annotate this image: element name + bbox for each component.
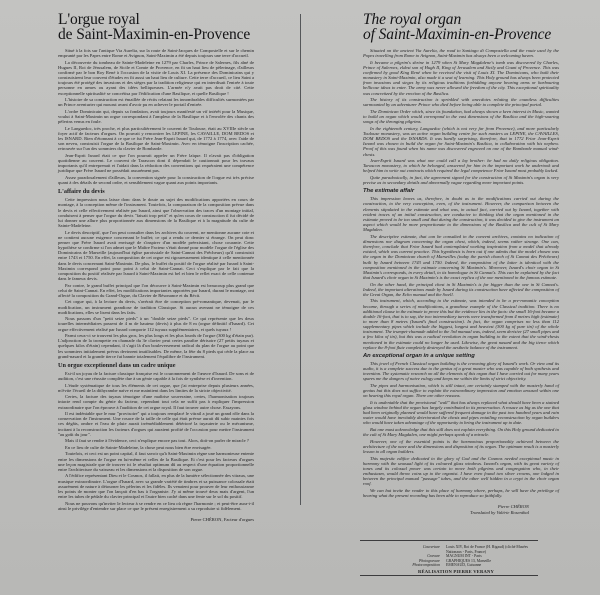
french-title-line2: de Saint-Maximin-en-Provence: [58, 26, 250, 43]
credits-top-rule: [360, 540, 538, 541]
paragraph: L'ordre Dominicain qui, depuis sa fondat…: [58, 109, 254, 124]
production-credits: CouvertureLouis XIV, Roi de France (H. R…: [390, 545, 540, 575]
french-signature: Pierre CHÉRON, Facteur d'orgues: [58, 517, 254, 522]
english-intro: Situated on the ancient Via Aurelia, the…: [363, 48, 559, 185]
english-signature-name: Pierre CHÉRON: [498, 504, 529, 509]
credit-rows: CouvertureLouis XIV, Roi de France (H. R…: [390, 545, 540, 568]
french-title: L'orgue royal de Saint-Maximin-en-Proven…: [58, 12, 254, 42]
english-heading-estimate: The estimate affair: [363, 188, 559, 194]
paragraph: Nous passons d'un "petit seize pieds" à …: [58, 316, 254, 331]
paragraph: L'étude systématique de tous les élément…: [58, 383, 254, 393]
paragraph: The descriptive estimate, that can be co…: [363, 234, 559, 280]
french-heading-orgue: Un orgue exceptionnel dans un cadre uniq…: [58, 362, 254, 369]
paragraph: We can but invite the reader to this pla…: [363, 488, 559, 498]
paragraph: Situé à la fois sur l'antique Via Aureli…: [58, 48, 254, 58]
french-devis-section: Cette impression nous laisse donc dans l…: [58, 197, 254, 359]
paragraph: This impression leaves us, therefore, in…: [363, 196, 559, 232]
english-organ-section: This jewel of French Classical organ bui…: [363, 361, 559, 498]
paragraph: Il est indéniable que le mur "provisoire…: [58, 411, 254, 437]
paragraph: Assez paradoxalement d'ailleurs, la conv…: [58, 175, 254, 185]
paragraph: This jewel of French Classical organ bui…: [363, 361, 559, 382]
credits-bottom-rule: [360, 575, 538, 576]
paragraph: It became a pilgrim's shrine in 1279 whe…: [363, 60, 559, 96]
paragraph: Parmi ceux-ci se trouvent les plus gros,…: [58, 333, 254, 359]
paragraph: It is undeniable that the provisional "w…: [363, 400, 559, 426]
column-divider: [300, 14, 301, 505]
french-column: L'orgue royal de Saint-Maximin-en-Proven…: [58, 12, 254, 522]
paragraph: However, one of the essential points is …: [363, 439, 559, 454]
paragraph: The history of its construction is sprin…: [363, 97, 559, 107]
paragraph: Certes, la facture des tuyaux témoigne d…: [58, 394, 254, 409]
paragraph: L'histoire de sa construction est émaill…: [58, 97, 254, 107]
liner-notes-page: L'orgue royal de Saint-Maximin-en-Proven…: [0, 0, 600, 595]
paragraph: La découverte du tombeau de Sainte-Madel…: [58, 60, 254, 96]
paragraph: Nous ne pouvons qu'inviter le lecteur à …: [58, 501, 254, 511]
paragraph: Cet orgue qui, à la lecture du devis, s'…: [58, 299, 254, 314]
english-estimate-section: This impression leaves us, therefore, in…: [363, 196, 559, 350]
paragraph: Mais il faut se rendre à l'évidence, cec…: [58, 438, 254, 443]
paragraph: Toutefois, et ceci est un point capital,…: [58, 451, 254, 472]
paragraph: But one must acknowledge that this still…: [363, 427, 559, 437]
paragraph: On the other hand, the principal chest i…: [363, 282, 559, 297]
paragraph: Le devis descriptif, que l'on peut consu…: [58, 230, 254, 282]
paragraph: In the eighteenth century, Languedoc (wh…: [363, 126, 559, 157]
paragraph: The Dominican Order which, since its fou…: [363, 109, 559, 124]
paragraph: Le Languedoc, très proche, et plus parti…: [58, 126, 254, 152]
english-heading-organ: An exceptional organ in a unique setting: [363, 353, 559, 359]
credit-value: Louis XIV, Roi de France (H. Rigaud) (cl…: [446, 545, 540, 554]
english-column: The royal organ of Saint-Maximin-en-Prov…: [363, 12, 559, 516]
credit-label: Couverture: [390, 545, 446, 554]
english-signature: Pierre CHÉRON Translated by Valérie Rose…: [363, 504, 529, 516]
french-intro: Situé à la fois sur l'antique Via Aureli…: [58, 48, 254, 185]
paragraph: En ce lieu de culte de Sainte-Madeleine,…: [58, 445, 254, 450]
paragraph: Par contre, le grand buffet principal qu…: [58, 283, 254, 298]
paragraph: The pipes and harmonisation, which is st…: [363, 383, 559, 398]
paragraph: This instrument, which, according to the…: [363, 298, 559, 350]
translator-credit: Translated by Valérie Rosenthal: [470, 510, 529, 515]
paragraph: Jean-Esprit Isnard was what one could ca…: [363, 158, 559, 173]
english-title: The royal organ of Saint-Maximin-en-Prov…: [363, 12, 559, 42]
english-title-line2: of Saint-Maximin-en-Provence: [363, 26, 551, 43]
paragraph: A l'édifice représentant Dieu et le Cosm…: [58, 473, 254, 499]
french-orgue-section: Est-il un joyau de la facture classique …: [58, 371, 254, 511]
paragraph: Est-il un joyau de la facture classique …: [58, 371, 254, 381]
credit-value: EMENAUD, Guisanne: [446, 563, 540, 568]
paragraph: This majestic edifice dedicated to the g…: [363, 456, 559, 487]
paragraph: Situated on the ancient Via Aurelia, the…: [363, 48, 559, 58]
french-heading-devis: L'affaire du devis: [58, 188, 254, 195]
paragraph: Quite paradoxically, in fact, the agreem…: [363, 175, 559, 185]
credit-row: PhotocompositionEMENAUD, Guisanne: [390, 563, 540, 568]
paragraph: Cette impression nous laisse donc dans l…: [58, 197, 254, 228]
paragraph: Jean-Esprit Isnard était ce que l'on pou…: [58, 153, 254, 174]
credit-label: Photocomposition: [390, 563, 446, 568]
realisation-credit: RÉALISATION PIERRE VERANY: [390, 570, 540, 575]
credit-row: CouvertureLouis XIV, Roi de France (H. R…: [390, 545, 540, 554]
